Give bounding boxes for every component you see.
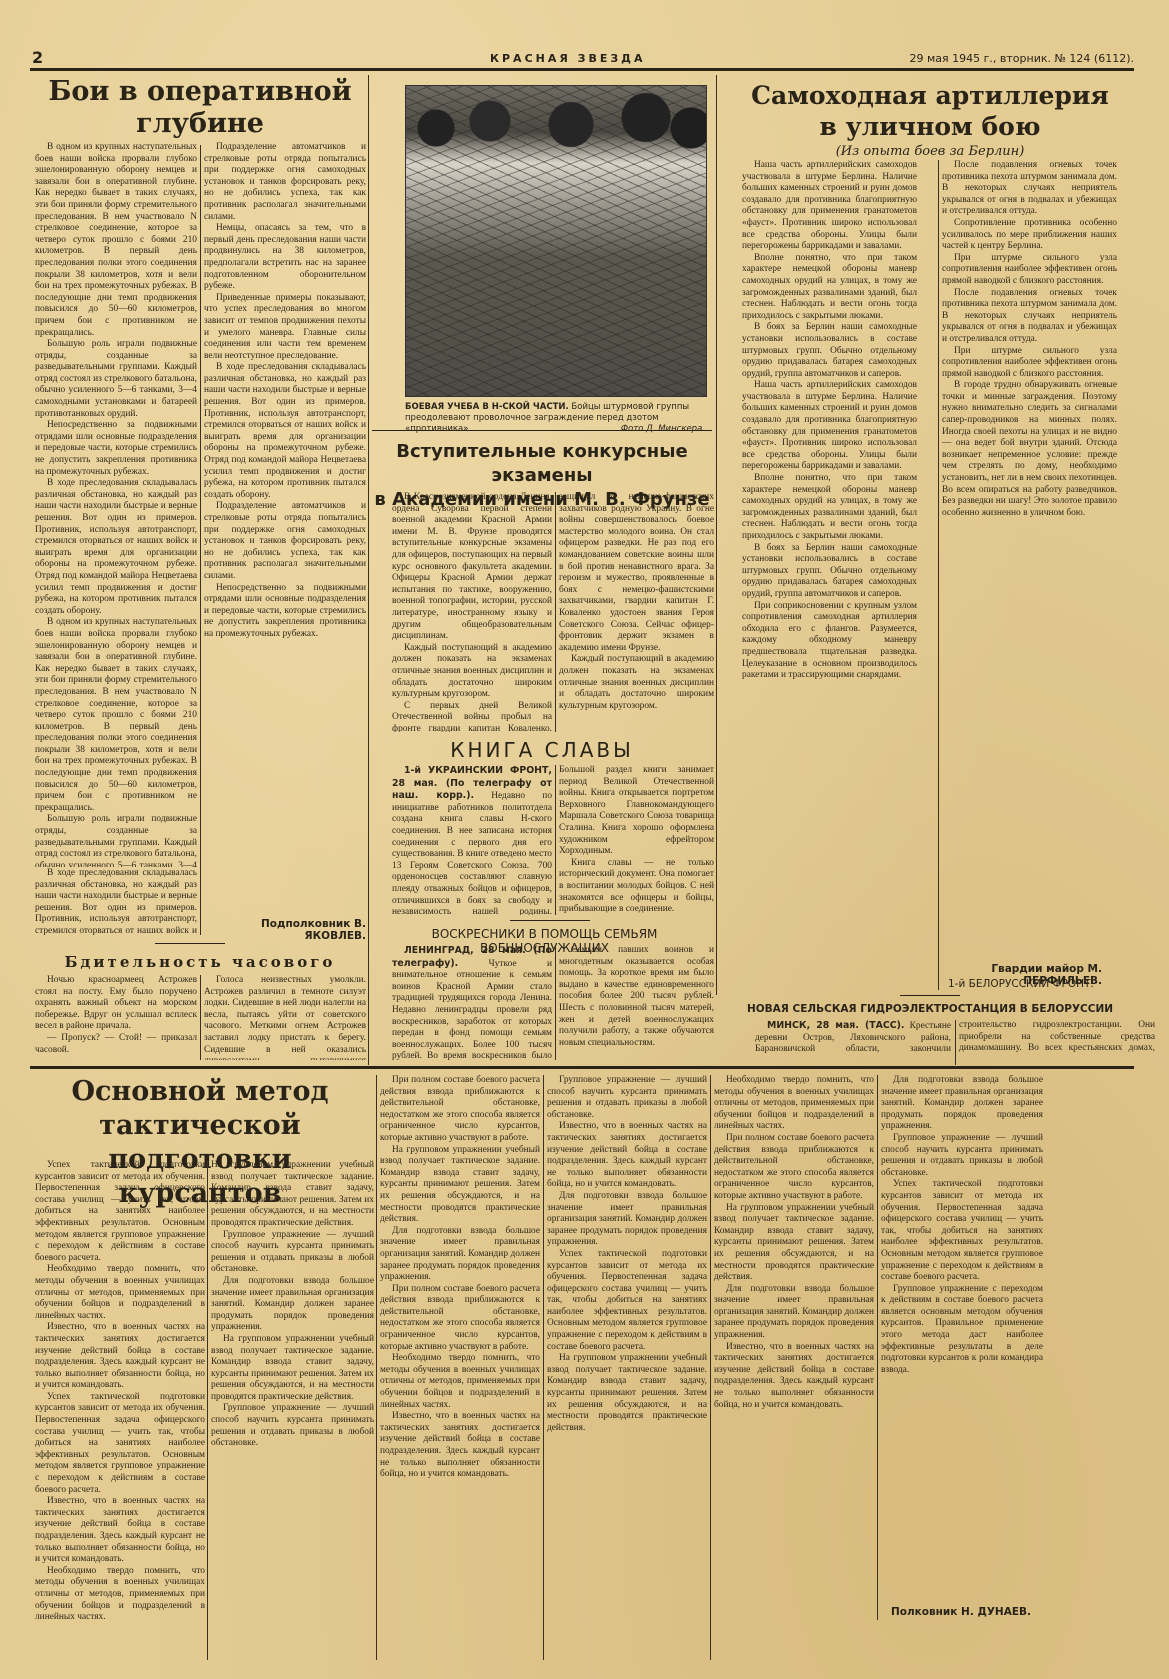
- masthead: 2 КРАСНАЯ ЗВЕЗДА 29 мая 1945 г., вторник…: [30, 48, 1134, 68]
- article-title-line1: Самоходная артиллерия: [720, 80, 1140, 111]
- masthead-rule: [30, 68, 1134, 71]
- article-book-of-glory: КНИГА СЛАВЫ: [372, 738, 712, 762]
- article-title: КНИГА СЛАВЫ: [372, 738, 712, 762]
- newspaper-name: КРАСНАЯ ЗВЕЗДА: [490, 52, 646, 65]
- photo-combat-training: [405, 85, 707, 397]
- dateline: МИНСК, 28 мая. (ТАСС).: [767, 1020, 905, 1031]
- page-number: 2: [32, 48, 43, 67]
- front-name: 1-й БЕЛОРУССКИЙ ФРОНТ.: [948, 978, 1094, 990]
- article-self-propelled: Самоходная артиллерия в уличном бою (Из …: [720, 80, 1140, 159]
- article-column: В одном из крупных наступательных боев н…: [35, 142, 197, 867]
- article-sentry: Бдительность часового: [35, 953, 365, 971]
- issue-date: 29 мая 1945 г., вторник. № 124 (6112).: [910, 52, 1135, 65]
- article-title-line1: Основной метод тактической: [30, 1075, 370, 1143]
- article-subtitle: (Из опыта боев за Берлин): [720, 144, 1140, 159]
- signature: Подполковник В. ЯКОВЛЕВ.: [204, 918, 366, 942]
- signature: Полковник Н. ДУНАЕВ.: [881, 1606, 1031, 1618]
- article-operational-depth: Бои в оперативной глубине: [35, 72, 365, 146]
- photo-trees: [406, 86, 706, 156]
- article-hydro: НОВАЯ СЕЛЬСКАЯ ГИДРОЭЛЕКТРОСТАНЦИЯ В БЕЛ…: [720, 1003, 1140, 1015]
- article-title: НОВАЯ СЕЛЬСКАЯ ГИДРОЭЛЕКТРОСТАНЦИЯ В БЕЛ…: [720, 1003, 1140, 1015]
- article-title: Бои в оперативной глубине: [35, 76, 365, 140]
- article-title: Бдительность часового: [35, 953, 365, 971]
- section-rule: [30, 1066, 1134, 1069]
- article-column: Подразделение автоматчиков и стрелковые …: [204, 142, 366, 892]
- article-title-line2: в уличном бою: [720, 111, 1140, 142]
- article-title-line1: Вступительные конкурсные экзамены: [372, 440, 712, 488]
